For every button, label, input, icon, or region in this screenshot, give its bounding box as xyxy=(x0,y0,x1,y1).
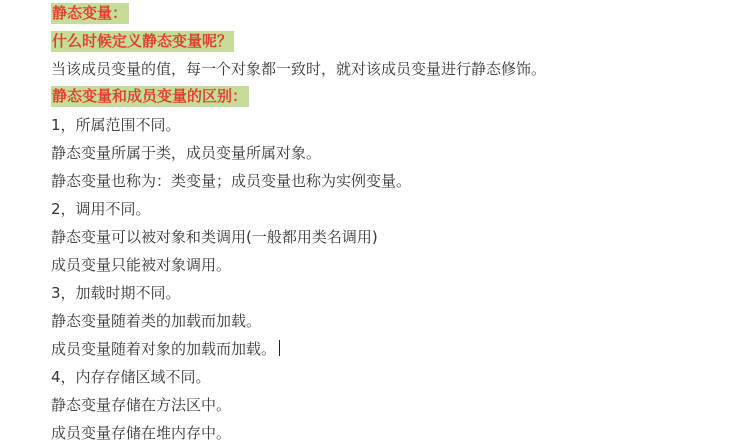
paragraph: 2，调用不同。 xyxy=(51,198,151,220)
highlighted-heading: 什么时候定义静态变量呢？ xyxy=(51,31,234,52)
paragraph-text: 成员变量随着对象的加载而加载。 xyxy=(51,340,276,358)
paragraph: 静态变量存储在方法区中。 xyxy=(51,394,231,416)
paragraph: 1，所属范围不同。 xyxy=(51,114,181,136)
text-cursor xyxy=(279,340,280,356)
paragraph: 3，加载时期不同。 xyxy=(51,282,181,304)
paragraph: 静态变量也称为：类变量；成员变量也称为实例变量。 xyxy=(51,170,411,192)
highlighted-heading: 静态变量： xyxy=(51,3,129,24)
paragraph: 当该成员变量的值，每一个对象都一致时，就对该成员变量进行静态修饰。 xyxy=(51,58,546,80)
paragraph: 4，内存存储区域不同。 xyxy=(51,366,211,388)
paragraph: 静态变量可以被对象和类调用(一般都用类名调用) xyxy=(51,226,378,248)
paragraph: 成员变量只能被对象调用。 xyxy=(51,254,231,276)
paragraph: 静态变量随着类的加载而加载。 xyxy=(51,310,261,332)
paragraph: 成员变量存储在堆内存中。 xyxy=(51,422,231,444)
paragraph-with-caret: 成员变量随着对象的加载而加载。 xyxy=(51,338,280,360)
heading-static-variable: 静态变量： xyxy=(51,2,129,24)
paragraph: 静态变量所属于类，成员变量所属对象。 xyxy=(51,142,321,164)
highlighted-heading: 静态变量和成员变量的区别： xyxy=(51,86,249,107)
heading-when-define: 什么时候定义静态变量呢？ xyxy=(51,30,234,52)
heading-difference: 静态变量和成员变量的区别： xyxy=(51,85,249,107)
